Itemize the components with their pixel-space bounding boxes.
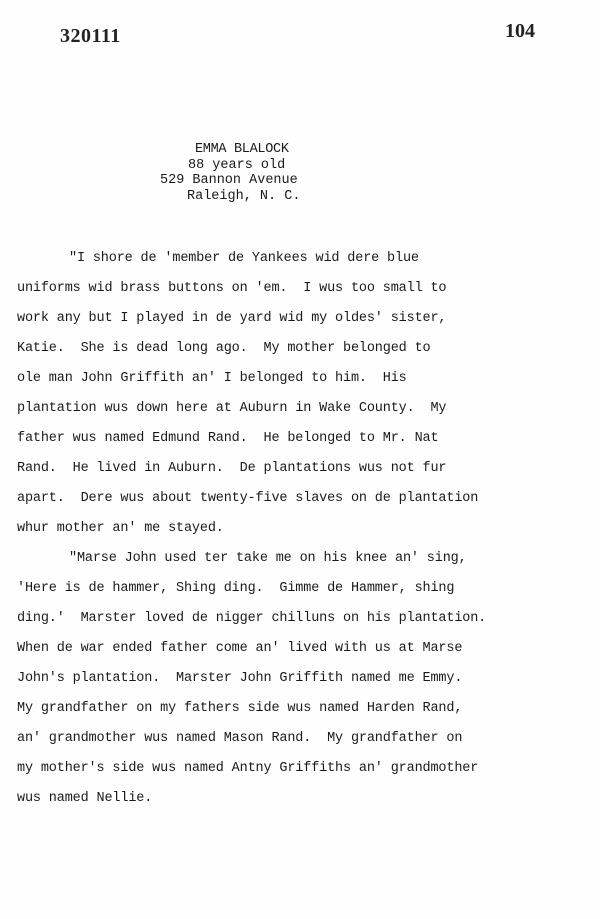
body-line: work any but I played in de yard wid my …: [17, 304, 587, 334]
page-number: 104: [505, 20, 535, 43]
body-line: whur mother an' me stayed.: [17, 514, 587, 544]
body-line: When de war ended father come an' lived …: [17, 634, 587, 664]
narrative-body: "I shore de 'member de Yankees wid dere …: [17, 244, 587, 814]
body-line: ole man John Griffith an' I belonged to …: [17, 364, 587, 394]
interviewee-city: Raleigh, N. C.: [150, 189, 330, 205]
body-line: "Marse John used ter take me on his knee…: [17, 544, 587, 574]
interviewee-age: 88 years old: [150, 158, 330, 174]
body-line: Rand. He lived in Auburn. De plantations…: [17, 454, 587, 484]
body-line: John's plantation. Marster John Griffith…: [17, 664, 587, 694]
body-line: Katie. She is dead long ago. My mother b…: [17, 334, 587, 364]
body-line: an' grandmother wus named Mason Rand. My…: [17, 724, 587, 754]
interviewee-street: 529 Bannon Avenue: [150, 173, 330, 189]
body-line: my mother's side wus named Antny Griffit…: [17, 754, 587, 784]
document-id: 320111: [60, 25, 121, 48]
body-line: apart. Dere wus about twenty-five slaves…: [17, 484, 587, 514]
body-line: ding.' Marster loved de nigger chilluns …: [17, 604, 587, 634]
document-page: 320111 104 EMMA BLALOCK 88 years old 529…: [0, 0, 600, 919]
body-line: "I shore de 'member de Yankees wid dere …: [17, 244, 587, 274]
body-line: 'Here is de hammer, Shing ding. Gimme de…: [17, 574, 587, 604]
body-line: father wus named Edmund Rand. He belonge…: [17, 424, 587, 454]
interviewee-name: EMMA BLALOCK: [150, 142, 330, 158]
body-line: uniforms wid brass buttons on 'em. I wus…: [17, 274, 587, 304]
interviewee-header: EMMA BLALOCK 88 years old 529 Bannon Ave…: [150, 142, 330, 204]
body-line: plantation wus down here at Auburn in Wa…: [17, 394, 587, 424]
body-line: wus named Nellie.: [17, 784, 587, 814]
body-line: My grandfather on my fathers side wus na…: [17, 694, 587, 724]
